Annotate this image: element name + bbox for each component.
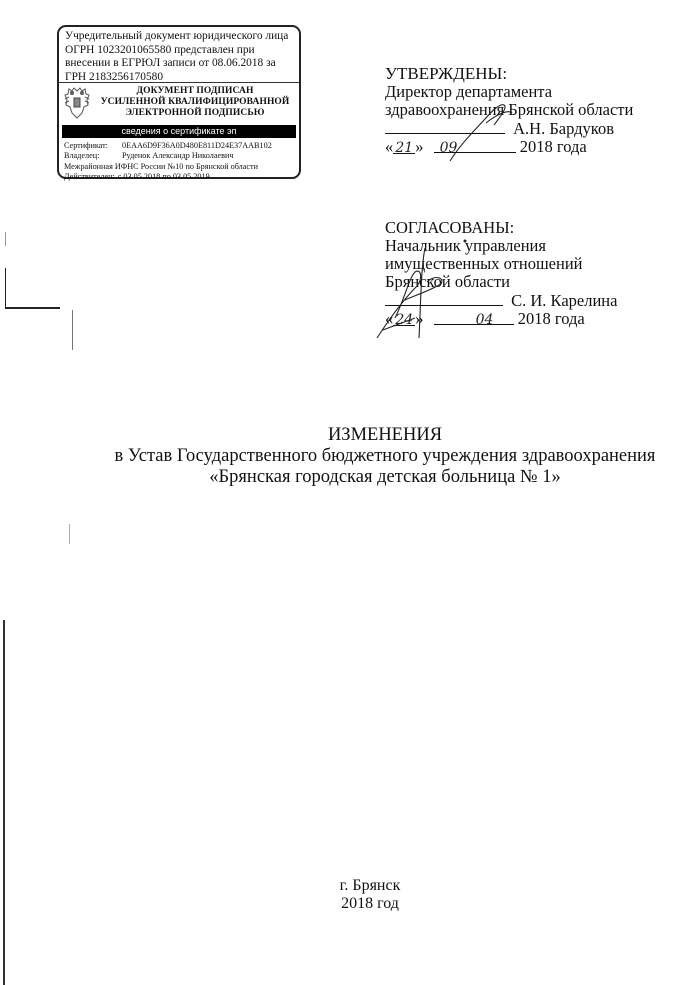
scan-artifact-line — [69, 524, 70, 544]
owner-name: Руденок Александр Николаевич — [122, 151, 233, 161]
agreer-signature-line: С. И. Карелина — [385, 291, 617, 310]
year: 2018 год — [40, 895, 700, 913]
agreement-block: СОГЛАСОВАНЫ: Начальник управления имущес… — [385, 219, 617, 328]
approval-year: 2018 года — [520, 137, 587, 156]
registration-line: внесении в ЕГРЮЛ записи от 08.06.2018 за — [65, 57, 299, 71]
signed-banner: ДОКУМЕНТ ПОДПИСАН УСИЛЕННОЙ КВАЛИФИЦИРОВ… — [59, 83, 299, 125]
scan-artifact-line — [5, 268, 6, 308]
agreer-position: Начальник управления — [385, 237, 617, 255]
approver-signature-line: А.Н. Бардуков — [385, 119, 633, 138]
document-footer: г. Брянск 2018 год — [0, 877, 700, 913]
registration-info: Учредительный документ юридического лица… — [59, 27, 299, 83]
scan-artifact-line — [5, 307, 60, 309]
approver-position: Директор департамента — [385, 83, 633, 101]
handwritten-day: 21 — [393, 139, 415, 154]
signed-title: ДОКУМЕНТ ПОДПИСАН УСИЛЕННОЙ КВАЛИФИЦИРОВ… — [93, 86, 297, 119]
registration-line: ГРН 2183256170580 — [65, 71, 299, 85]
certificate-serial: 0EAA6D9F36A0D480E811D24E37AAB102 — [122, 141, 272, 151]
approver-name: А.Н. Бардуков — [513, 119, 614, 138]
signature-underline — [385, 119, 505, 134]
handwritten-month: 04 — [434, 311, 514, 325]
signature-underline — [385, 291, 503, 306]
approval-date: «21» 09 2018 года — [385, 138, 633, 156]
validity-row: Действителен: с 03.05.2018 по 03.05.2019 — [64, 172, 299, 182]
registration-line: ОГРН 1023201065580 представлен при — [65, 44, 299, 58]
document-subtitle: «Брянская городская детская больница № 1… — [0, 467, 700, 488]
agreement-year: 2018 года — [518, 309, 585, 328]
approver-position: здравоохранения Брянской области — [385, 101, 633, 119]
scan-artifact-line — [5, 232, 6, 246]
handwritten-day: 24 — [393, 311, 415, 326]
certificate-row: Сертификат: 0EAA6D9F36A0D480E811D24E37AA… — [64, 141, 299, 151]
document-title: ИЗМЕНЕНИЯ — [0, 425, 700, 446]
validity-period: с 03.05.2018 по 03.05.2019 — [118, 172, 210, 182]
electronic-signature-stamp: Учредительный документ юридического лица… — [57, 25, 301, 179]
owner-row: Владелец: Руденок Александр Николаевич — [64, 151, 299, 161]
certificate-details: Сертификат: 0EAA6D9F36A0D480E811D24E37AA… — [59, 138, 299, 183]
issuer: Межрайонная ИФНС России №10 по Брянской … — [64, 162, 299, 172]
document-title-block: ИЗМЕНЕНИЯ в Устав Государственного бюдже… — [0, 425, 700, 488]
registration-line: Учредительный документ юридического лица — [65, 30, 299, 44]
city: г. Брянск — [40, 877, 700, 895]
approval-heading: УТВЕРЖДЕНЫ: — [385, 65, 633, 83]
agreer-position: Брянской области — [385, 273, 617, 291]
scan-artifact-line — [3, 620, 5, 985]
document-subtitle: в Устав Государственного бюджетного учре… — [0, 446, 700, 467]
russian-coat-of-arms-icon — [63, 85, 91, 121]
certificate-info-bar: сведения о сертификате эп — [62, 125, 296, 138]
agreement-date: «24» 04 2018 года — [385, 310, 617, 328]
agreer-position: имущественных отношений — [385, 255, 617, 273]
scan-artifact-line — [72, 310, 73, 350]
agreer-name: С. И. Карелина — [511, 291, 617, 310]
agreement-heading: СОГЛАСОВАНЫ: — [385, 219, 617, 237]
handwritten-month: 09 — [434, 139, 516, 153]
approval-block: УТВЕРЖДЕНЫ: Директор департамента здраво… — [385, 65, 633, 156]
